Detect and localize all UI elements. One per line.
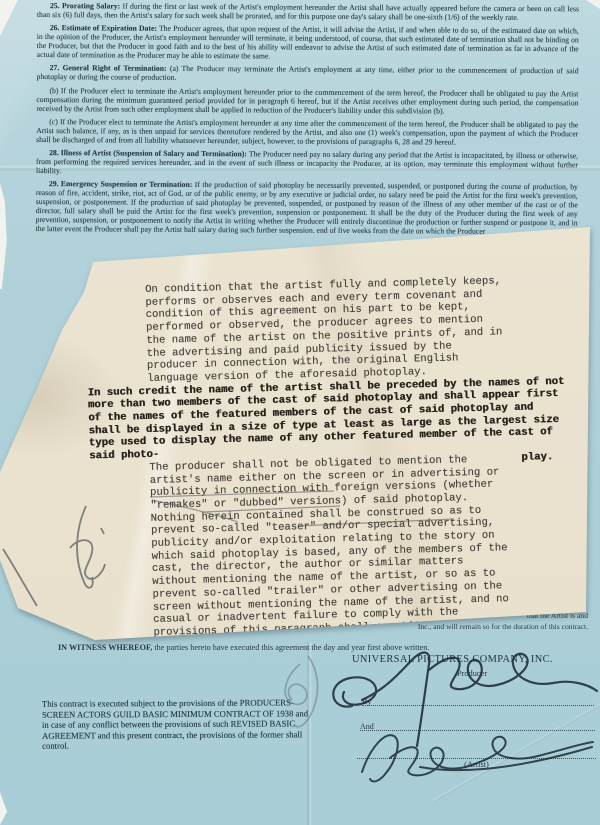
producer-label: Producer: [356, 669, 588, 678]
and-label: And: [360, 722, 374, 731]
rider-bold-insert: In such credit the name of the artist sh…: [88, 375, 572, 463]
and-signature-line: And: [360, 717, 595, 731]
scanned-contract-page: { "page": { "blue_paper_color": "#aed0d9…: [0, 0, 600, 825]
rider-bold-tail: play.: [521, 451, 553, 464]
typed-rider-text: On condition that the artist fully and c…: [145, 275, 516, 652]
rider-paragraph-2: play. The producer shall not be obligate…: [149, 453, 516, 652]
rider-paragraph-1: On condition that the artist fully and c…: [145, 275, 509, 385]
by-label: By: [362, 697, 371, 706]
by-signature-line: By: [362, 692, 594, 706]
artist-label: (Artist): [357, 760, 596, 769]
artist-signature-line: [357, 745, 596, 759]
guild-provision-note: This contract is executed subject to the…: [42, 697, 310, 751]
producer-company-name: UNIVERSAL PICTURES COMPANY, INC.: [352, 654, 590, 665]
witness-clause: IN WITNESS WHEREOF, the parties hereto h…: [58, 643, 530, 652]
